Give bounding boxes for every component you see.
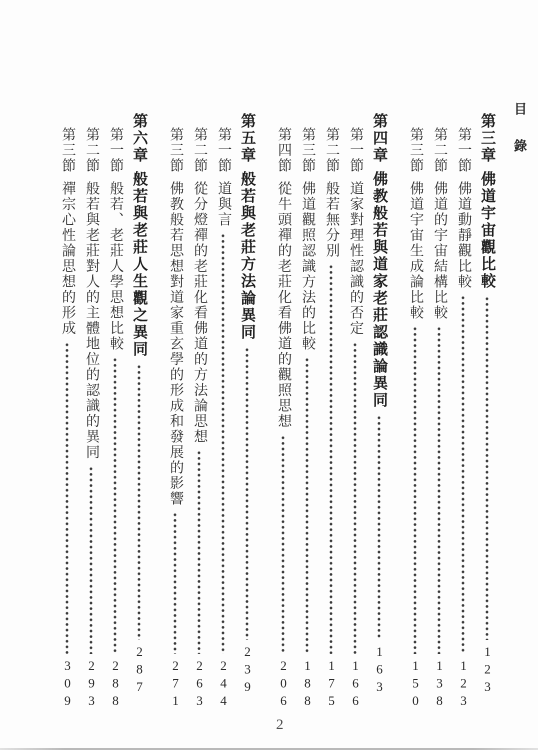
entry-title: 禪宗心性論思想的形成 <box>58 181 76 336</box>
book-toc-page: 目錄 第三章佛道宇宙觀比較123第一節佛道動靜觀比較123第二節佛道的宇宙結構比… <box>0 0 538 750</box>
entry-title: 從牛頭禪的老莊化看佛道的觀照思想 <box>274 181 292 429</box>
entry-title: 般若與老莊方法論異同 <box>238 171 256 341</box>
entry-label: 第二節 <box>322 127 340 174</box>
entry-label: 第三節 <box>58 127 76 174</box>
entry-page-number: 309 <box>58 658 76 711</box>
entry-label: 第三節 <box>298 127 316 174</box>
entry-label: 第一節 <box>454 127 472 174</box>
toc-entry-section: 第四節從牛頭禪的老莊化看佛道的觀照思想206 <box>274 113 292 710</box>
entry-label: 第五章 <box>238 113 256 164</box>
entry-page-number: 263 <box>190 658 208 711</box>
toc-entry-section: 第三節禪宗心性論思想的形成309 <box>58 113 76 710</box>
dot-leader <box>58 342 76 654</box>
entry-page-number: 175 <box>322 658 340 711</box>
toc-entry-chapter: 第三章佛道宇宙觀比較123 <box>478 113 496 696</box>
entry-label: 第三章 <box>478 113 496 164</box>
entry-page-number: 271 <box>166 658 184 711</box>
toc-list: 第三章佛道宇宙觀比較123第一節佛道動靜觀比較123第二節佛道的宇宙結構比較13… <box>52 113 496 696</box>
dot-leader <box>82 466 100 654</box>
entry-title: 佛道宇宙生成論比較 <box>406 181 424 321</box>
entry-label: 第二節 <box>82 127 100 174</box>
toc-entry-section: 第三節佛道宇宙生成論比較150 <box>406 113 424 710</box>
toc-entry-section: 第二節般若與老莊對人的主體地位的認識的異同293 <box>82 113 100 710</box>
toc-entry-section: 第三節佛教般若思想對道家重玄學的形成和發展的影響271 <box>166 113 184 710</box>
entry-title: 般若、老莊人學思想比較 <box>106 181 124 352</box>
toc-entry-chapter: 第五章般若與老莊方法論異同239 <box>238 113 256 696</box>
entry-page-number: 287 <box>130 644 148 697</box>
entry-label: 第三節 <box>166 127 184 174</box>
toc-entry-section: 第一節佛道動靜觀比較123 <box>454 113 472 710</box>
entry-label: 第四章 <box>370 113 388 164</box>
entry-label: 第二節 <box>190 127 208 174</box>
toc-entry-section: 第二節從分燈禪的老莊化看佛道的方法論思想263 <box>190 113 208 710</box>
dot-leader <box>298 357 316 654</box>
toc-entry-section: 第二節佛道的宇宙結構比較138 <box>430 113 448 710</box>
entry-page-number: 163 <box>370 644 388 697</box>
dot-leader <box>370 415 388 640</box>
entry-title: 般若無分別 <box>322 181 340 259</box>
entry-title: 佛道動靜觀比較 <box>454 181 472 290</box>
entry-title: 佛教般若思想對道家重玄學的形成和發展的影響 <box>166 181 184 507</box>
dot-leader <box>238 347 256 640</box>
dot-leader <box>190 450 208 654</box>
entry-label: 第一節 <box>106 127 124 174</box>
entry-page-number: 239 <box>238 644 256 697</box>
entry-label: 第四節 <box>274 127 292 174</box>
entry-title: 道與言 <box>214 181 232 228</box>
folio-page-number: 2 <box>276 717 284 734</box>
entry-title: 佛道的宇宙結構比較 <box>430 181 448 321</box>
toc-entry-chapter: 第六章般若與老莊人生觀之異同287 <box>130 113 148 696</box>
toc-header-title: 目錄 <box>512 102 526 176</box>
entry-label: 第一節 <box>346 127 364 174</box>
dot-leader <box>406 326 424 654</box>
entry-label: 第一節 <box>214 127 232 174</box>
entry-page-number: 123 <box>478 644 496 697</box>
dot-leader <box>322 264 340 654</box>
entry-label: 第三節 <box>406 127 424 174</box>
entry-title: 般若與老莊人生觀之異同 <box>130 171 148 358</box>
dot-leader <box>106 357 124 654</box>
toc-entry-section: 第三節佛道觀照認識方法的比較188 <box>298 113 316 710</box>
entry-page-number: 206 <box>274 658 292 711</box>
entry-title: 從分燈禪的老莊化看佛道的方法論思想 <box>190 181 208 445</box>
toc-entry-section: 第一節道家對理性認識的否定166 <box>346 113 364 710</box>
entry-page-number: 166 <box>346 658 364 711</box>
dot-leader <box>430 326 448 654</box>
toc-entry-chapter: 第四章佛教般若與道家老莊認識論異同163 <box>370 113 388 696</box>
entry-title: 般若與老莊對人的主體地位的認識的異同 <box>82 181 100 460</box>
dot-leader <box>274 435 292 654</box>
entry-label: 第六章 <box>130 113 148 164</box>
toc-entry-section: 第二節般若無分別175 <box>322 113 340 710</box>
entry-title: 佛道觀照認識方法的比較 <box>298 181 316 352</box>
entry-page-number: 138 <box>430 658 448 711</box>
entry-title: 道家對理性認識的否定 <box>346 181 364 336</box>
dot-leader <box>478 296 496 640</box>
dot-leader <box>130 364 148 640</box>
dot-leader <box>346 342 364 654</box>
entry-label: 第二節 <box>430 127 448 174</box>
dot-leader <box>454 295 472 654</box>
entry-page-number: 288 <box>106 658 124 711</box>
toc-entry-section: 第一節道與言244 <box>214 113 232 710</box>
dot-leader <box>214 233 232 654</box>
entry-page-number: 293 <box>82 658 100 711</box>
entry-page-number: 244 <box>214 658 232 711</box>
entry-title: 佛道宇宙觀比較 <box>478 171 496 290</box>
dot-leader <box>166 512 184 654</box>
entry-page-number: 123 <box>454 658 472 711</box>
entry-page-number: 188 <box>298 658 316 711</box>
entry-title: 佛教般若與道家老莊認識論異同 <box>370 171 388 409</box>
entry-page-number: 150 <box>406 658 424 711</box>
toc-entry-section: 第一節般若、老莊人學思想比較288 <box>106 113 124 710</box>
